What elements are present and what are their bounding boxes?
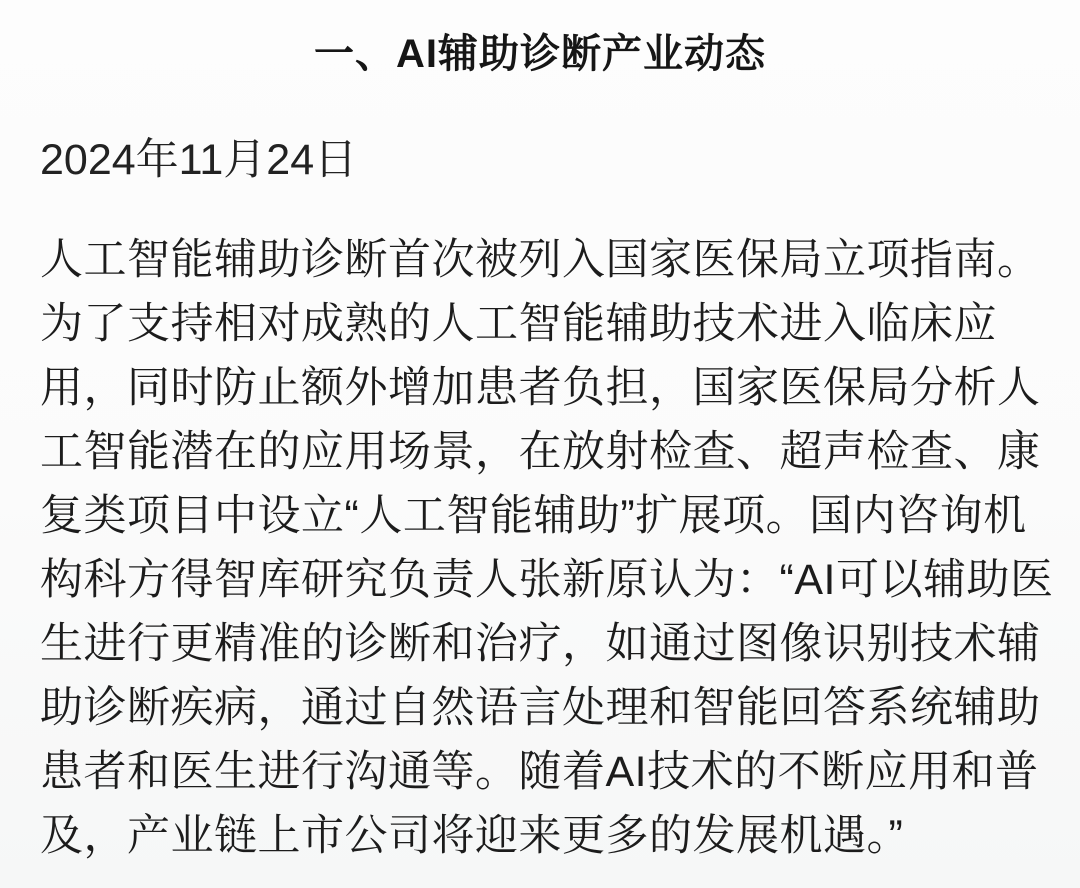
article-date: 2024年11月24日: [40, 126, 357, 187]
article-line: 复类项目中设立“人工智能辅助”扩展项。国内咨询机: [40, 484, 1048, 548]
document-page: 一、AI辅助诊断产业动态 2024年11月24日 人工智能辅助诊断首次被列入国家…: [0, 0, 1080, 888]
article-line: 及，产业链上市公司将迎来更多的发展机遇。”: [40, 804, 1048, 868]
article-line: 用，同时防止额外增加患者负担，国家医保局分析人: [40, 356, 1048, 420]
article-line: 人工智能辅助诊断首次被列入国家医保局立项指南。: [40, 228, 1048, 292]
article-line: 构科方得智库研究负责人张新原认为：“AI可以辅助医: [40, 548, 1048, 612]
article-line: 助诊断疾病，通过自然语言处理和智能回答系统辅助: [40, 676, 1048, 740]
article-line: 工智能潜在的应用场景，在放射检查、超声检查、康: [40, 420, 1048, 484]
article-line: 患者和医生进行沟通等。随着AI技术的不断应用和普: [40, 740, 1048, 804]
article-body: 人工智能辅助诊断首次被列入国家医保局立项指南。 为了支持相对成熟的人工智能辅助技…: [40, 228, 1048, 868]
section-title: 一、AI辅助诊断产业动态: [0, 22, 1080, 79]
article-line: 生进行更精准的诊断和治疗，如通过图像识别技术辅: [40, 612, 1048, 676]
article-line: 为了支持相对成熟的人工智能辅助技术进入临床应: [40, 292, 1048, 356]
